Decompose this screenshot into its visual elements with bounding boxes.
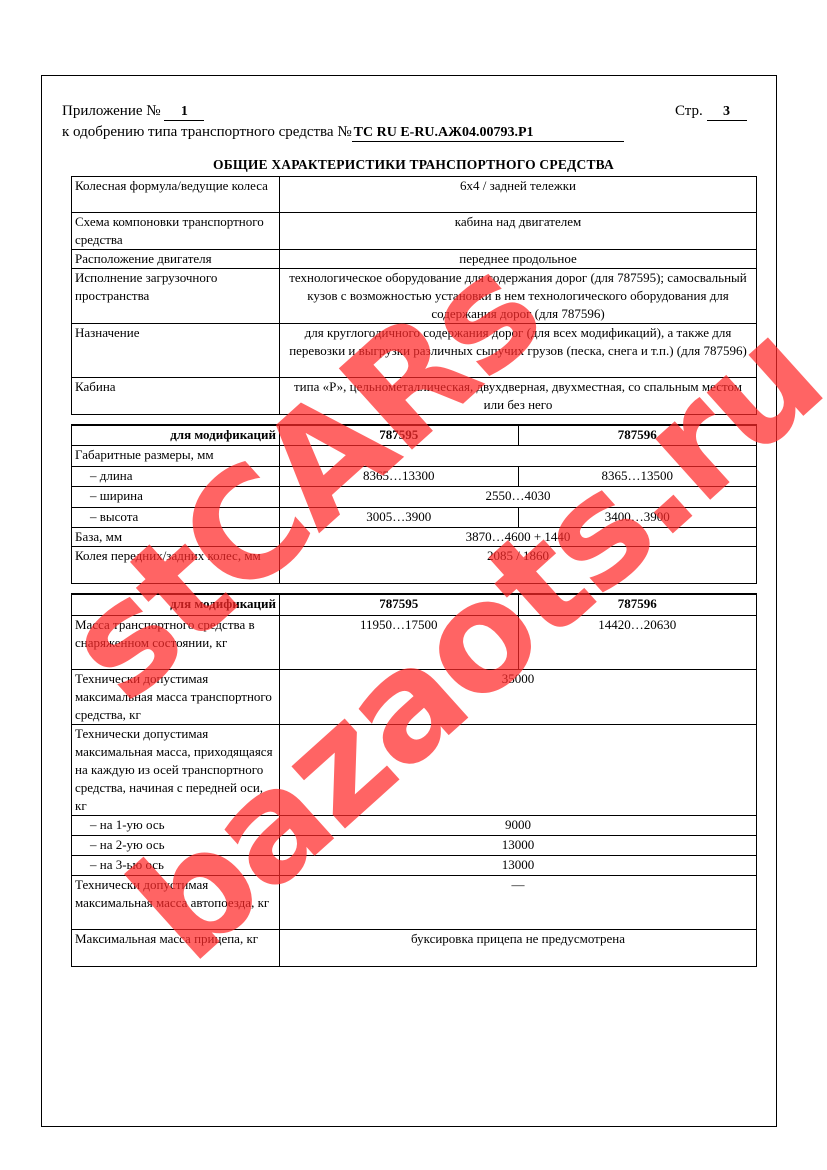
document-title: ОБЩИЕ ХАРАКТЕРИСТИКИ ТРАНСПОРТНОГО СРЕДС… bbox=[70, 157, 757, 173]
approval-label: к одобрению типа транспортного средства … bbox=[62, 124, 352, 140]
table-row: – длина 8365…13300 8365…13500 bbox=[72, 466, 757, 486]
row-label: – на 1-ую ось bbox=[72, 815, 280, 835]
row-value-787595: 3005…3900 bbox=[280, 507, 519, 527]
row-value: 3870…4600 + 1440 bbox=[280, 527, 757, 546]
row-value-787596: 8365…13500 bbox=[518, 466, 757, 486]
row-value: 6х4 / задней тележки bbox=[280, 177, 757, 213]
table-row: Технически допустимая максимальная масса… bbox=[72, 669, 757, 724]
table-header-row: для модификаций 787595 787596 bbox=[72, 594, 757, 615]
row-value: 9000 bbox=[280, 815, 757, 835]
row-label: База, мм bbox=[72, 527, 280, 546]
table-row: – на 3-ью ось 13000 bbox=[72, 855, 757, 875]
row-value-787596: 3400…3900 bbox=[518, 507, 757, 527]
table-row: Кабина типа «Р», цельнометаллическая, дв… bbox=[72, 378, 757, 415]
table-row: Схема компоновки транспортного средства … bbox=[72, 213, 757, 250]
appendix-label: Приложение № bbox=[62, 103, 161, 119]
header-label: для модификаций bbox=[72, 594, 280, 615]
row-value: для круглогодичного содержания дорог (дл… bbox=[280, 324, 757, 378]
header-mod-787595: 787595 bbox=[280, 594, 519, 615]
table-row: Исполнение загрузочного пространства тех… bbox=[72, 269, 757, 324]
table-row: Технически допустимая максимальная масса… bbox=[72, 875, 757, 929]
header-mod-787595: 787595 bbox=[280, 425, 519, 445]
row-value: 13000 bbox=[280, 835, 757, 855]
row-label: Колея передних/задних колес, мм bbox=[72, 546, 280, 583]
row-label: Технически допустимая максимальная масса… bbox=[72, 669, 280, 724]
row-value-787595: 8365…13300 bbox=[280, 466, 519, 486]
row-label: Масса транспортного средства в снаряженн… bbox=[72, 615, 280, 669]
general-characteristics-table: Колесная формула/ведущие колеса 6х4 / за… bbox=[71, 176, 757, 415]
row-label: Технически допустимая максимальная масса… bbox=[72, 724, 280, 815]
row-label: Расположение двигателя bbox=[72, 250, 280, 269]
table-row: Габаритные размеры, мм bbox=[72, 445, 757, 466]
masses-table: для модификаций 787595 787596 Масса тран… bbox=[71, 593, 757, 967]
table-row: – ширина 2550…4030 bbox=[72, 486, 757, 507]
row-label: Максимальная масса прицепа, кг bbox=[72, 929, 280, 966]
row-label: Кабина bbox=[72, 378, 280, 415]
row-value: 35000 bbox=[280, 669, 757, 724]
approval-line: к одобрению типа транспортного средства … bbox=[62, 123, 624, 142]
row-value: переднее продольное bbox=[280, 250, 757, 269]
page-number-line: Стр. 3 bbox=[675, 102, 747, 121]
table-row: – на 2-ую ось 13000 bbox=[72, 835, 757, 855]
header-label: для модификаций bbox=[72, 425, 280, 445]
row-value-787595: 11950…17500 bbox=[280, 615, 519, 669]
row-label: Исполнение загрузочного пространства bbox=[72, 269, 280, 324]
approval-number: ТС RU E-RU.АЖ04.00793.Р1 bbox=[352, 125, 624, 142]
row-value: — bbox=[280, 875, 757, 929]
row-label: Габаритные размеры, мм bbox=[72, 445, 280, 466]
appendix-line: Приложение № 1 bbox=[62, 102, 204, 121]
row-label: Технически допустимая максимальная масса… bbox=[72, 875, 280, 929]
row-value: типа «Р», цельнометаллическая, двухдверн… bbox=[280, 378, 757, 415]
row-label: – высота bbox=[72, 507, 280, 527]
table-row: Колея передних/задних колес, мм 2085 / 1… bbox=[72, 546, 757, 583]
row-value: 2085 / 1860 bbox=[280, 546, 757, 583]
row-label: – на 3-ью ось bbox=[72, 855, 280, 875]
row-label: Схема компоновки транспортного средства bbox=[72, 213, 280, 250]
appendix-number: 1 bbox=[164, 104, 204, 121]
table-row: Расположение двигателя переднее продольн… bbox=[72, 250, 757, 269]
table-row: – высота 3005…3900 3400…3900 bbox=[72, 507, 757, 527]
row-value: буксировка прицепа не предусмотрена bbox=[280, 929, 757, 966]
table-row: Назначение для круглогодичного содержани… bbox=[72, 324, 757, 378]
row-value bbox=[280, 724, 757, 815]
table-row: Технически допустимая максимальная масса… bbox=[72, 724, 757, 815]
row-value: 13000 bbox=[280, 855, 757, 875]
dimensions-table: для модификаций 787595 787596 Габаритные… bbox=[71, 424, 757, 584]
page-number: 3 bbox=[707, 104, 747, 121]
row-label: Назначение bbox=[72, 324, 280, 378]
row-value: технологическое оборудование для содержа… bbox=[280, 269, 757, 324]
row-label: – длина bbox=[72, 466, 280, 486]
table-row: Максимальная масса прицепа, кг буксировк… bbox=[72, 929, 757, 966]
table-row: Колесная формула/ведущие колеса 6х4 / за… bbox=[72, 177, 757, 213]
row-label: – на 2-ую ось bbox=[72, 835, 280, 855]
row-label: Колесная формула/ведущие колеса bbox=[72, 177, 280, 213]
row-value-787596: 14420…20630 bbox=[518, 615, 757, 669]
table-row: Масса транспортного средства в снаряженн… bbox=[72, 615, 757, 669]
row-value: 2550…4030 bbox=[280, 486, 757, 507]
row-value bbox=[280, 445, 757, 466]
table-row: База, мм 3870…4600 + 1440 bbox=[72, 527, 757, 546]
page-label: Стр. bbox=[675, 103, 703, 119]
row-label: – ширина bbox=[72, 486, 280, 507]
row-value: кабина над двигателем bbox=[280, 213, 757, 250]
table-row: – на 1-ую ось 9000 bbox=[72, 815, 757, 835]
header-mod-787596: 787596 bbox=[518, 594, 757, 615]
header-mod-787596: 787596 bbox=[518, 425, 757, 445]
table-header-row: для модификаций 787595 787596 bbox=[72, 425, 757, 445]
